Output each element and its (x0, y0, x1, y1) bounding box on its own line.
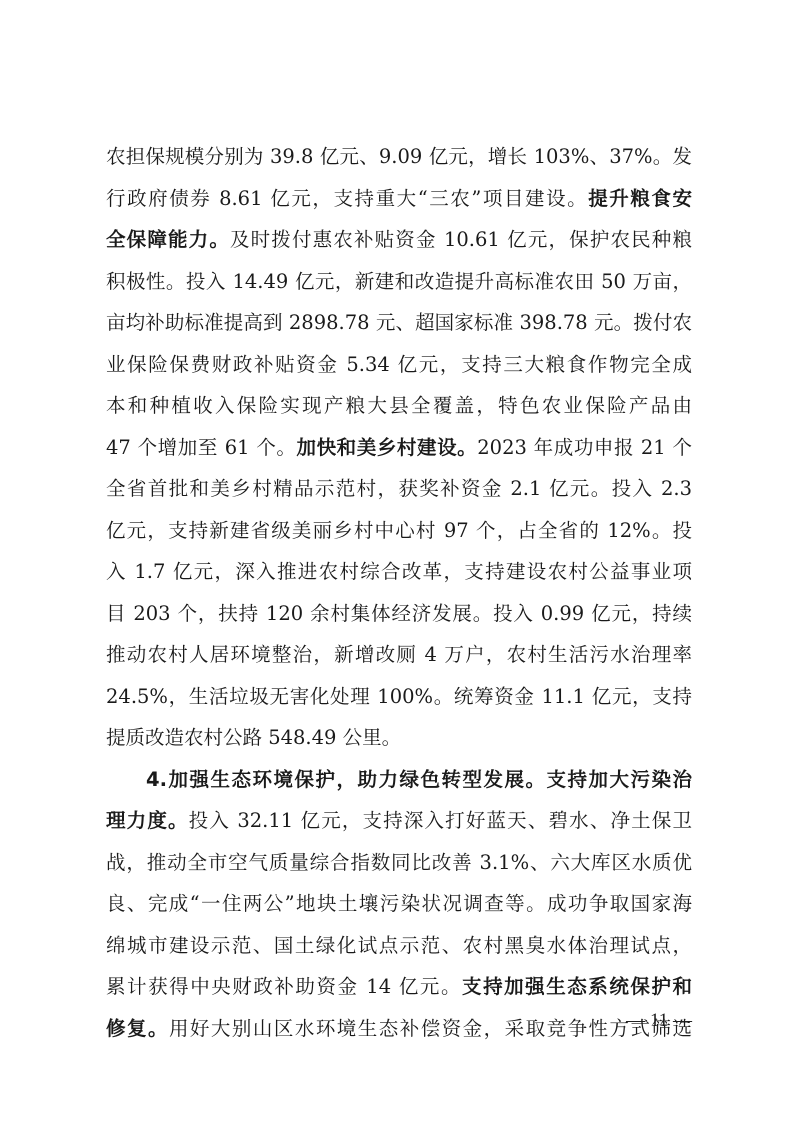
bold-heading-text: 理力度。 (106, 809, 189, 832)
body-text-segment: 业保险保费财政补贴资金 5.34 亿元，支持三大粮食作物完全成 (106, 353, 692, 376)
body-text-segment: 绵城市建设示范、国土绿化试点示范、农村黑臭水体治理试点， (106, 934, 692, 957)
body-text-segment: 推动农村人居环境整治，新增改厕 4 万户，农村生活污水治理率 (106, 643, 692, 666)
text-line: 农担保规模分别为 39.8 亿元、9.09 亿元，增长 103%、37%。发 (106, 136, 692, 178)
text-line: 24.5%，生活垃圾无害化处理 100%。统筹资金 11.1 亿元，支持 (106, 676, 692, 718)
bold-heading-text: 4.加强生态环境保护，助力绿色转型发展。支持加大污染治 (146, 768, 692, 791)
body-text-segment: 亿元，支持新建省级美丽乡村中心村 97 个，占全省的 12%。投 (106, 519, 692, 542)
body-text-segment: 2023 年成功申报 21 个 (477, 436, 692, 459)
body-text-segment: 投入 32.11 亿元，支持深入打好蓝天、碧水、净土保卫 (189, 809, 692, 832)
text-line: 绵城市建设示范、国土绿化试点示范、农村黑臭水体治理试点， (106, 925, 692, 967)
text-line: 良、完成“一住两公”地块土壤污染状况调查等。成功争取国家海 (106, 883, 692, 925)
bold-heading-text: 修复。 (106, 1017, 169, 1040)
body-text-segment: 农担保规模分别为 39.8 亿元、9.09 亿元，增长 103%、37%。发 (106, 145, 692, 168)
body-text-segment: 目 203 个，扶持 120 余村集体经济发展。投入 0.99 亿元，持续 (106, 602, 692, 625)
bold-heading-text: 提升粮食安 (588, 187, 692, 210)
text-line: 亿元，支持新建省级美丽乡村中心村 97 个，占全省的 12%。投 (106, 510, 692, 552)
text-line: 行政府债券 8.61 亿元，支持重大“三农”项目建设。提升粮食安 (106, 178, 692, 220)
body-text-segment: 累计获得中央财政补助资金 14 亿元。 (106, 975, 462, 998)
body-text-segment: 提质改造农村公路 548.49 公里。 (106, 726, 401, 749)
text-line: 亩均补助标准提高到 2898.78 元、超国家标准 398.78 元。拨付农 (106, 302, 692, 344)
body-text: 农担保规模分别为 39.8 亿元、9.09 亿元，增长 103%、37%。发行政… (106, 136, 692, 1049)
text-line: 理力度。投入 32.11 亿元，支持深入打好蓝天、碧水、净土保卫 (106, 800, 692, 842)
bold-heading-text: 加快和美乡村建设。 (296, 436, 477, 459)
text-line: 4.加强生态环境保护，助力绿色转型发展。支持加大污染治 (106, 759, 692, 801)
bold-heading-text: 支持加强生态系统保护和 (462, 975, 692, 998)
text-line: 47 个增加至 61 个。加快和美乡村建设。2023 年成功申报 21 个 (106, 427, 692, 469)
text-line: 推动农村人居环境整治，新增改厕 4 万户，农村生活污水治理率 (106, 634, 692, 676)
body-text-segment: 本和种植收入保险实现产粮大县全覆盖，特色农业保险产品由 (106, 394, 692, 417)
text-line: 提质改造农村公路 548.49 公里。 (106, 717, 692, 759)
body-text-segment: 亩均补助标准提高到 2898.78 元、超国家标准 398.78 元。拨付农 (106, 311, 692, 334)
body-text-segment: 47 个增加至 61 个。 (106, 436, 296, 459)
body-text-segment: 24.5%，生活垃圾无害化处理 100%。统筹资金 11.1 亿元，支持 (106, 685, 692, 708)
body-text-segment: 入 1.7 亿元，深入推进农村综合改革，支持建设农村公益事业项 (106, 560, 692, 583)
body-text-segment: 及时拨付惠农补贴资金 10.61 亿元，保护农民种粮 (230, 228, 692, 251)
text-line: 累计获得中央财政补助资金 14 亿元。支持加强生态系统保护和 (106, 966, 692, 1008)
text-line: 积极性。投入 14.49 亿元，新建和改造提升高标准农田 50 万亩， (106, 261, 692, 303)
body-text-segment: 良、完成“一住两公”地块土壤污染状况调查等。成功争取国家海 (106, 892, 692, 915)
bold-heading-text: 全保障能力。 (106, 228, 230, 251)
page-number: — 11 — (600, 1010, 692, 1032)
text-line: 全保障能力。及时拨付惠农补贴资金 10.61 亿元，保护农民种粮 (106, 219, 692, 261)
text-line: 战，推动全市空气质量综合指数同比改善 3.1%、六大库区水质优 (106, 842, 692, 884)
body-text-segment: 积极性。投入 14.49 亿元，新建和改造提升高标准农田 50 万亩， (106, 270, 692, 293)
body-text-segment: 战，推动全市空气质量综合指数同比改善 3.1%、六大库区水质优 (106, 851, 692, 874)
body-text-segment: 全省首批和美乡村精品示范村，获奖补资金 2.1 亿元。投入 2.3 (106, 477, 692, 500)
text-line: 目 203 个，扶持 120 余村集体经济发展。投入 0.99 亿元，持续 (106, 593, 692, 635)
text-line: 本和种植收入保险实现产粮大县全覆盖，特色农业保险产品由 (106, 385, 692, 427)
text-line: 全省首批和美乡村精品示范村，获奖补资金 2.1 亿元。投入 2.3 (106, 468, 692, 510)
text-line: 业保险保费财政补贴资金 5.34 亿元，支持三大粮食作物完全成 (106, 344, 692, 386)
body-text-segment: 行政府债券 8.61 亿元，支持重大“三农”项目建设。 (106, 187, 588, 210)
text-line: 入 1.7 亿元，深入推进农村综合改革，支持建设农村公益事业项 (106, 551, 692, 593)
document-page: 农担保规模分别为 39.8 亿元、9.09 亿元，增长 103%、37%。发行政… (0, 0, 793, 1122)
